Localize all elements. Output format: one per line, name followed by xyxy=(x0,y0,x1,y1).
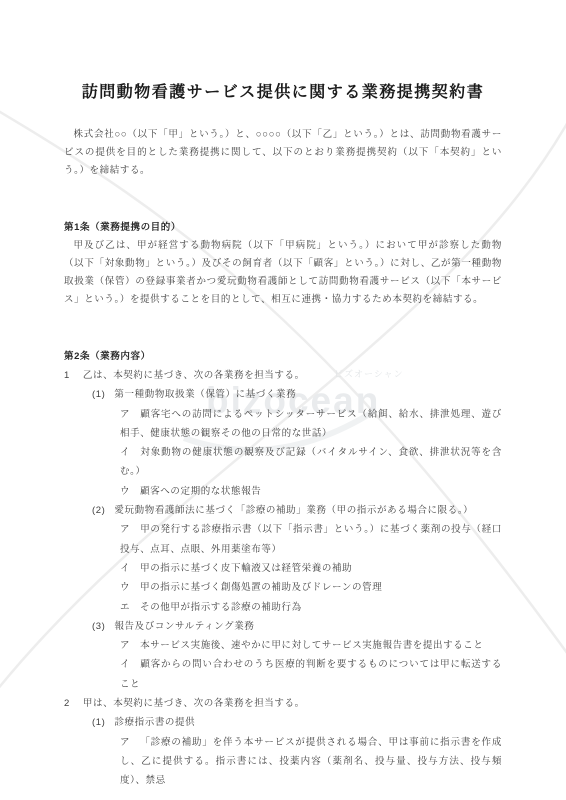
clause-marker: ア xyxy=(120,737,130,748)
clause-text: その他甲が指示する診療の補助行為 xyxy=(140,602,302,613)
clause-text: 甲の指示に基づく皮下輸液又は経管栄養の補助 xyxy=(140,563,352,574)
clause-marker: エ xyxy=(120,602,130,613)
clause-list: 1乙は、本契約に基づき、次の各業務を担当する。(1)第一種動物取扱業（保管）に基… xyxy=(64,366,502,791)
clause-marker: ウ xyxy=(120,486,130,497)
clause-text: 本サービス実施後、速やかに甲に対してサービス実施報告書を提出すること xyxy=(140,640,483,651)
clause-marker: (3) xyxy=(92,621,105,632)
clause-text: 「診療の補助」を伴う本サービスが提供される場合、甲は事前に指示書を作成し、乙に提… xyxy=(120,737,502,787)
clause-text: 乙は、本契約に基づき、次の各業務を担当する。 xyxy=(83,370,305,381)
clause-line: (1)第一種動物取扱業（保管）に基づく業務 xyxy=(64,385,502,404)
article-heading: 第2条（業務内容） xyxy=(64,347,502,366)
clause-line: ア甲の発行する診療指示書（以下「指示書」という。）に基づく薬剤の投与（経口投与、… xyxy=(64,520,502,559)
preamble-paragraph: 株式会社○○（以下「甲」という。）と、○○○○（以下「乙」という。）とは、訪問動… xyxy=(64,126,502,180)
document-page: bizocean ビズオーシャン 訪問動物看護サービス提供に関する業務提携契約書… xyxy=(0,0,566,800)
clause-line: 2甲は、本契約に基づき、次の各業務を担当する。 xyxy=(64,694,502,713)
clause-marker: ア xyxy=(120,524,130,535)
clause-line: ア「診療の補助」を伴う本サービスが提供される場合、甲は事前に指示書を作成し、乙に… xyxy=(64,733,502,791)
article-heading: 第1条（業務提携の目的） xyxy=(64,218,502,237)
clause-marker: イ xyxy=(120,563,130,574)
clause-text: 甲の指示に基づく創傷処置の補助及びドレーンの管理 xyxy=(140,582,382,593)
clause-line: ウ甲の指示に基づく創傷処置の補助及びドレーンの管理 xyxy=(64,578,502,597)
clause-line: 1乙は、本契約に基づき、次の各業務を担当する。 xyxy=(64,366,502,385)
articles-section: 第1条（業務提携の目的）甲及び乙は、甲が経営する動物病院（以下「甲病院」という。… xyxy=(64,218,502,791)
clause-text: 第一種動物取扱業（保管）に基づく業務 xyxy=(114,389,296,400)
clause-line: (3)報告及びコンサルティング業務 xyxy=(64,617,502,636)
clause-marker: イ xyxy=(120,659,130,670)
clause-line: ア顧客宅への訪問によるペットシッターサービス（給餌、給水、排泄処理、遊び相手、健… xyxy=(64,405,502,444)
document-content: 訪問動物看護サービス提供に関する業務提携契約書 株式会社○○（以下「甲」という。… xyxy=(64,0,502,791)
clause-text: 報告及びコンサルティング業務 xyxy=(114,621,254,632)
clause-line: (2)愛玩動物看護師法に基づく「診療の補助」業務（甲の指示がある場合に限る。） xyxy=(64,501,502,520)
article: 第1条（業務提携の目的）甲及び乙は、甲が経営する動物病院（以下「甲病院」という。… xyxy=(64,218,502,309)
clause-line: (1)診療指示書の提供 xyxy=(64,713,502,732)
clause-text: 顧客からの問い合わせのうち医療的判断を要するものについては甲に転送すること xyxy=(120,659,502,689)
clause-text: 診療指示書の提供 xyxy=(114,717,195,728)
clause-text: 顧客への定期的な状態報告 xyxy=(140,486,261,497)
clause-marker: 1 xyxy=(64,370,70,381)
clause-text: 甲の発行する診療指示書（以下「指示書」という。）に基づく薬剤の投与（経口投与、点… xyxy=(120,524,502,554)
clause-marker: ウ xyxy=(120,582,130,593)
clause-text: 愛玩動物看護師法に基づく「診療の補助」業務（甲の指示がある場合に限る。） xyxy=(114,505,473,516)
article: 第2条（業務内容）1乙は、本契約に基づき、次の各業務を担当する。(1)第一種動物… xyxy=(64,347,502,791)
clause-text: 甲は、本契約に基づき、次の各業務を担当する。 xyxy=(83,698,305,709)
article-paragraph: 甲及び乙は、甲が経営する動物病院（以下「甲病院」という。）において甲が診察した動… xyxy=(64,237,502,309)
clause-line: イ甲の指示に基づく皮下輸液又は経管栄養の補助 xyxy=(64,559,502,578)
clause-marker: 2 xyxy=(64,698,70,709)
clause-marker: (1) xyxy=(92,717,105,728)
clause-marker: (1) xyxy=(92,389,105,400)
clause-marker: (2) xyxy=(92,505,105,516)
document-title: 訪問動物看護サービス提供に関する業務提携契約書 xyxy=(64,82,502,103)
clause-line: ア本サービス実施後、速やかに甲に対してサービス実施報告書を提出すること xyxy=(64,636,502,655)
clause-text: 対象動物の健康状態の観察及び記録（バイタルサイン、食欲、排泄状況等を含む。） xyxy=(120,447,502,477)
clause-marker: ア xyxy=(120,409,130,420)
clause-marker: イ xyxy=(120,447,130,458)
clause-line: エその他甲が指示する診療の補助行為 xyxy=(64,598,502,617)
clause-marker: ア xyxy=(120,640,130,651)
clause-line: イ顧客からの問い合わせのうち医療的判断を要するものについては甲に転送すること xyxy=(64,655,502,694)
clause-text: 顧客宅への訪問によるペットシッターサービス（給餌、給水、排泄処理、遊び相手、健康… xyxy=(120,409,502,439)
clause-line: ウ顧客への定期的な状態報告 xyxy=(64,482,502,501)
clause-line: イ対象動物の健康状態の観察及び記録（バイタルサイン、食欲、排泄状況等を含む。） xyxy=(64,443,502,482)
